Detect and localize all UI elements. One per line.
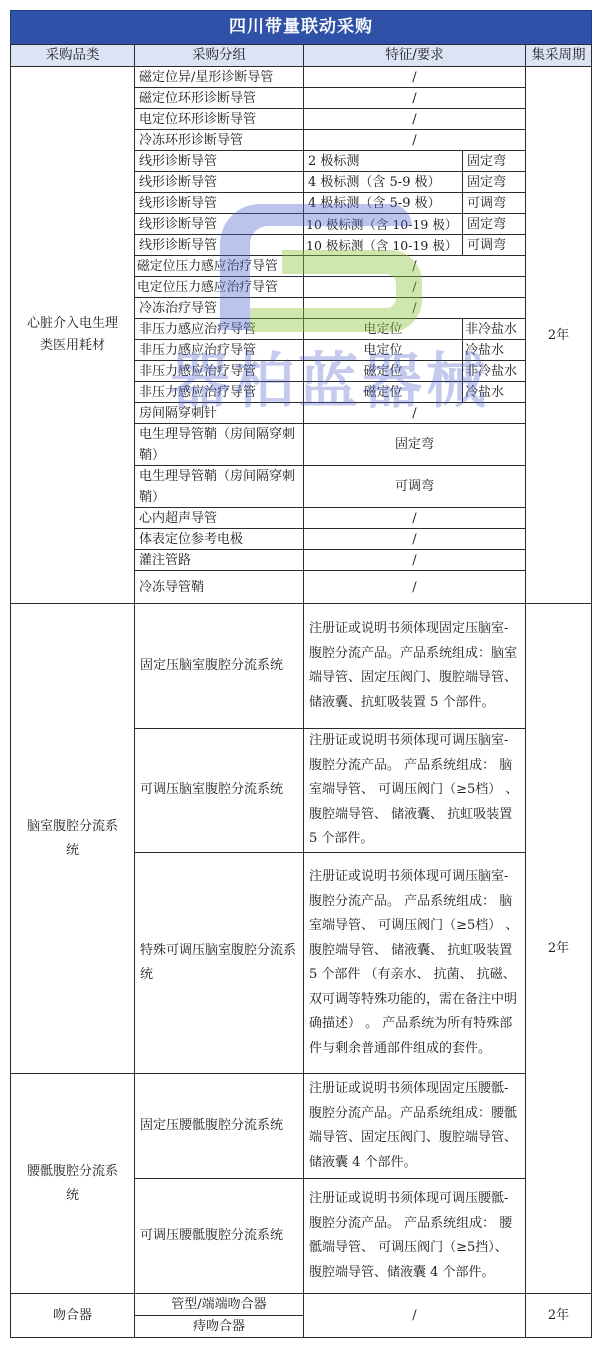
feature-cell: / xyxy=(303,1293,526,1338)
feature-sub-cell: 固定弯 xyxy=(462,150,526,172)
group-cell: 磁定位环形诊断导管 xyxy=(134,87,304,109)
group-cell: 固定压腰骶腹腔分流系统 xyxy=(134,1073,304,1179)
category-cell-stapler: 吻合器 xyxy=(10,1293,135,1338)
feature-sub-cell: 冷盐水 xyxy=(462,381,526,403)
group-cell: 磁定位压力感应治疗导管 xyxy=(134,255,304,277)
feature-sub-cell: 可调弯 xyxy=(462,192,526,214)
group-cell: 线形诊断导管 xyxy=(134,150,304,172)
feature-cell: 电定位 xyxy=(303,339,463,361)
feature-cell: 4 极标测（含 5-9 极） xyxy=(303,192,463,214)
group-cell: 电定位环形诊断导管 xyxy=(134,108,304,130)
feature-cell: 2 极标测 xyxy=(303,150,463,172)
group-cell: 线形诊断导管 xyxy=(134,192,304,214)
feature-cell: / xyxy=(303,402,526,424)
feature-cell: 磁定位 xyxy=(303,360,463,382)
group-cell: 线形诊断导管 xyxy=(134,171,304,193)
group-cell: 磁定位异/星形诊断导管 xyxy=(134,66,304,88)
group-cell: 电定位压力感应治疗导管 xyxy=(134,276,304,298)
feature-cell: / xyxy=(303,549,526,571)
feature-cell: 注册证或说明书须体现可调压脑室-腹腔分流产品。 产品系统组成： 脑室端导管、 可… xyxy=(303,728,526,853)
group-cell: 冷冻环形诊断导管 xyxy=(134,129,304,151)
feature-cell: / xyxy=(303,570,526,604)
feature-cell: / xyxy=(303,87,526,109)
feature-sub-cell: 固定弯 xyxy=(462,213,526,235)
group-cell: 电生理导管鞘（房间隔穿刺鞘） xyxy=(134,423,304,466)
group-cell: 体表定位参考电极 xyxy=(134,528,304,550)
category-cell-lp-shunt: 腰骶腹腔分流系统 xyxy=(10,1073,135,1294)
group-cell: 特殊可调压脑室腹腔分流系统 xyxy=(134,852,304,1074)
feature-sub-cell: 冷盐水 xyxy=(462,339,526,361)
feature-cell: / xyxy=(303,276,526,298)
period-cell-ep: 2年 xyxy=(525,66,592,604)
category-cell-ep: 心脏介入电生理类医用耗材 xyxy=(10,66,135,604)
group-cell: 冷冻导管鞘 xyxy=(134,570,304,604)
feature-cell: / xyxy=(303,297,526,319)
group-cell: 灌注管路 xyxy=(134,549,304,571)
feature-cell: 注册证或说明书须体现可调压腰骶-腹腔分流产品。 产品系统组成： 腰骶端导管、 可… xyxy=(303,1178,526,1294)
feature-sub-cell: 非冷盐水 xyxy=(462,318,526,340)
feature-cell: 10 极标测（含 10-19 极） xyxy=(303,234,463,256)
period-cell-shunts: 2年 xyxy=(525,603,592,1294)
feature-cell: / xyxy=(303,528,526,550)
table-title: 四川带量联动采购 xyxy=(10,10,592,45)
feature-cell: 4 极标测（含 5-9 极） xyxy=(303,171,463,193)
feature-cell: / xyxy=(303,108,526,130)
feature-cell: 注册证或说明书须体现可调压脑室-腹腔分流产品。 产品系统组成： 脑室端导管、 可… xyxy=(303,852,526,1074)
group-cell: 电生理导管鞘（房间隔穿刺鞘） xyxy=(134,465,304,508)
group-cell: 非压力感应治疗导管 xyxy=(134,381,304,403)
feature-cell: 10 极标测（含 10-19 极） xyxy=(303,213,463,235)
group-cell: 痔吻合器 xyxy=(134,1315,304,1338)
feature-cell: 固定弯 xyxy=(303,423,526,466)
feature-cell: 注册证或说明书须体现固定压脑室-腹腔分流产品。产品系统组成：脑室端导管、固定压阀… xyxy=(303,603,526,729)
group-cell: 管型/端端吻合器 xyxy=(134,1293,304,1316)
header-period: 集采周期 xyxy=(525,44,592,67)
period-cell-stapler: 2年 xyxy=(525,1293,592,1338)
header-category: 采购品类 xyxy=(10,44,135,67)
group-cell: 线形诊断导管 xyxy=(134,213,304,235)
group-cell: 冷冻治疗导管 xyxy=(134,297,304,319)
group-cell: 非压力感应治疗导管 xyxy=(134,339,304,361)
feature-cell: 磁定位 xyxy=(303,381,463,403)
feature-sub-cell: 非冷盐水 xyxy=(462,360,526,382)
group-cell: 心内超声导管 xyxy=(134,507,304,529)
group-cell: 非压力感应治疗导管 xyxy=(134,360,304,382)
group-cell: 可调压脑室腹腔分流系统 xyxy=(134,728,304,853)
group-cell: 固定压脑室腹腔分流系统 xyxy=(134,603,304,729)
group-cell: 线形诊断导管 xyxy=(134,234,304,256)
group-cell: 非压力感应治疗导管 xyxy=(134,318,304,340)
feature-sub-cell: 可调弯 xyxy=(462,234,526,256)
feature-cell: / xyxy=(303,507,526,529)
header-group: 采购分组 xyxy=(134,44,304,67)
feature-cell: / xyxy=(303,129,526,151)
feature-sub-cell: 固定弯 xyxy=(462,171,526,193)
group-cell: 房间隔穿刺针 xyxy=(134,402,304,424)
feature-cell: 注册证或说明书须体现固定压腰骶-腹腔分流产品。产品系统组成：腰骶端导管、固定压阀… xyxy=(303,1073,526,1179)
feature-cell: 电定位 xyxy=(303,318,463,340)
category-cell-vp-shunt: 脑室腹腔分流系统 xyxy=(10,603,135,1074)
header-feature: 特征/要求 xyxy=(303,44,526,67)
group-cell: 可调压腰骶腹腔分流系统 xyxy=(134,1178,304,1294)
feature-cell: / xyxy=(303,255,526,277)
feature-cell: / xyxy=(303,66,526,88)
feature-cell: 可调弯 xyxy=(303,465,526,508)
